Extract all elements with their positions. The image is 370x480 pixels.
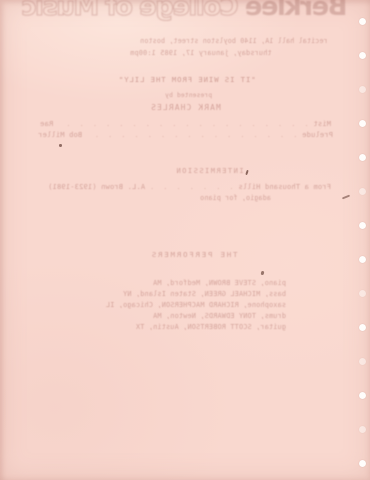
program-3-title: From a Thousand Hills [238,183,331,191]
performers-heading: THE PERFORMERS [150,250,238,259]
program-row-1: Mist . . . . . . . . . . . . . . . . . .… [40,120,331,128]
performer-line: bass, MICHAEL GREEN, Staten Island, NY [85,289,286,300]
performer-line: guitar, SCOTT ROBERTSON, Austin, TX [85,322,286,333]
datetime-line: thursday, january 17, 1985 1:00pm [130,49,272,57]
ink-speck [245,170,248,175]
performer-line: drums, TONY EDWARDS, Newton, MA [85,311,286,322]
binding-hole [359,358,366,365]
binding-hole [359,86,366,93]
binding-hole [359,154,366,161]
binding-hole [359,188,366,195]
scanned-program-page: Berklee College of Music recital hall 1A… [0,0,370,480]
program-1-composer: Rae [40,120,53,128]
program-2-title: Prelude [302,131,333,139]
program-3-subtitle: adagio, for piano [200,194,271,202]
binding-hole [359,324,366,331]
presenter-name: MARK CHARLES [150,103,221,112]
performer-line: saxophone, RICHARD MACPHERSON, Chicago, … [85,300,286,311]
binding-hole [359,120,366,127]
binding-hole [359,256,366,263]
dot-leader: . . . . . . . . . . . . . . . . . . . . … [87,132,297,139]
program-row-2: Prelude . . . . . . . . . . . . . . . . … [38,131,333,139]
binding-hole [359,392,366,399]
performers-list: piano, STEVE BROWN, Medford, MA bass, MI… [85,278,286,333]
presented-by-label: presented by [165,92,212,99]
scratch-mark [342,195,350,200]
program-3-composer: A.L. Brown (1923-1981) [48,183,145,191]
binding-hole [359,18,366,25]
intermission-heading: INTERMISSION [175,167,244,175]
binding-hole [359,460,366,467]
ink-speck [261,271,265,275]
binding-hole [359,290,366,297]
binding-hole [359,222,366,229]
binding-hole [359,52,366,59]
college-logo: Berklee College of Music [0,0,370,22]
venue-line: recital hall 1A, 1140 boylston street, b… [140,37,328,45]
dot-leader: . . . . . . . . . . . . . . . . . . . . … [150,184,233,191]
program-1-title: Mist [313,120,331,128]
logo-words-outline: College of Music [23,0,239,22]
binding-hole [359,426,366,433]
dot-leader: . . . . . . . . . . . . . . . . . . . . … [58,121,308,128]
ink-speck [59,144,62,147]
performer-line: piano, STEVE BROWN, Medford, MA [85,278,286,289]
logo-word-solid: Berklee [246,0,347,22]
concert-title: "IT IS WINE FROM THE LILY" [118,75,256,84]
program-2-composer: Bob Miller [38,131,82,139]
program-row-3: From a Thousand Hills . . . . . . . . . … [48,183,331,191]
